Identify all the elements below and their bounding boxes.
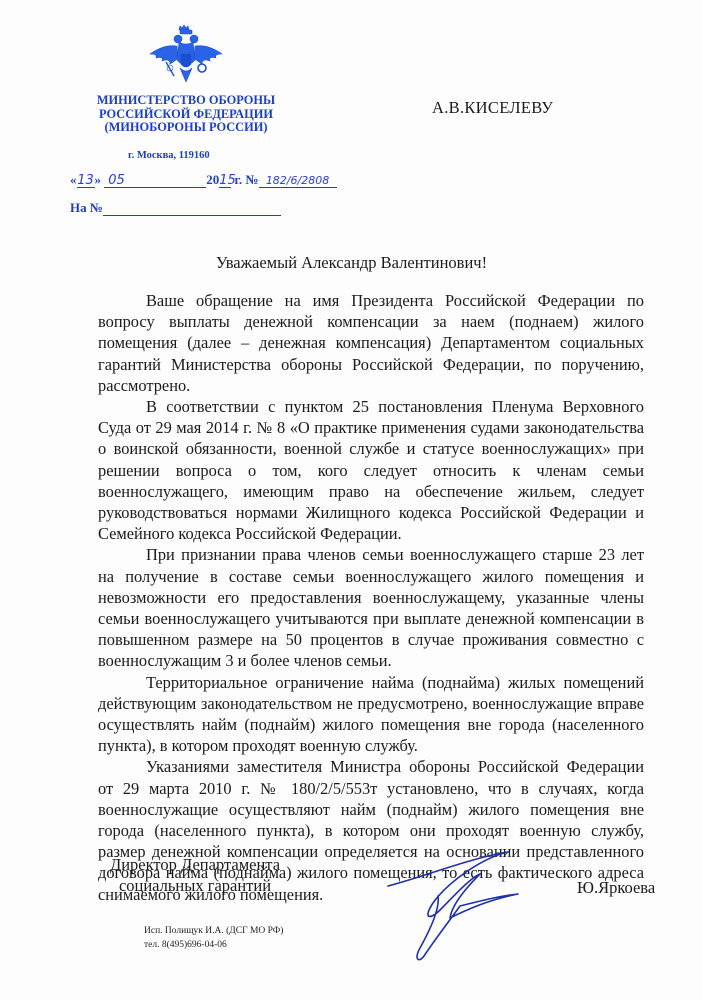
ministry-line: РОССИЙСКОЙ ФЕДЕРАЦИИ bbox=[88, 108, 284, 122]
year-label: г. bbox=[235, 172, 243, 187]
signatory-name: Ю.Яркоева bbox=[577, 878, 655, 898]
reference-blank-line bbox=[103, 203, 281, 216]
executor-phone: тел. 8(495)696-04-06 bbox=[144, 938, 283, 952]
addressee: А.В.КИСЕЛЕВУ bbox=[432, 98, 553, 118]
letter-page: МИНИСТЕРСТВО ОБОРОНЫ РОССИЙСКОЙ ФЕДЕРАЦИ… bbox=[0, 0, 703, 1000]
handwritten-signature-icon bbox=[380, 848, 580, 968]
paragraph: В соответствии с пунктом 25 постановлени… bbox=[98, 396, 644, 544]
year-prefix: 20 bbox=[206, 172, 219, 187]
signatory-title-line: социальных гарантий bbox=[100, 875, 290, 896]
number-label: № bbox=[245, 172, 258, 187]
year-suffix: 15 bbox=[219, 174, 231, 188]
signatory-title: Директор Департамента социальных гаранти… bbox=[100, 854, 290, 896]
quote-close: » bbox=[95, 172, 102, 187]
outgoing-number: 182/6/2808 bbox=[259, 174, 337, 188]
date-day: 13 bbox=[77, 174, 95, 188]
ministry-name: МИНИСТЕРСТВО ОБОРОНЫ РОССИЙСКОЙ ФЕДЕРАЦИ… bbox=[88, 94, 284, 135]
paragraph: При признании права членов семьи военнос… bbox=[98, 544, 644, 671]
paragraph: Территориальное ограничение найма (подна… bbox=[98, 672, 644, 757]
signatory-title-line: Директор Департамента bbox=[100, 854, 290, 875]
date-month: 05 bbox=[104, 174, 206, 188]
city-address: г. Москва, 119160 bbox=[128, 150, 210, 161]
reference-number: На № bbox=[70, 200, 281, 216]
reference-label: На № bbox=[70, 200, 103, 215]
letter-body: Ваше обращение на имя Президента Российс… bbox=[98, 290, 644, 905]
greeting: Уважаемый Александр Валентинович! bbox=[0, 253, 703, 273]
outgoing-date-number: «13» 052015 г. №182/6/2808 bbox=[70, 172, 337, 188]
double-headed-eagle-emblem-icon bbox=[148, 24, 224, 88]
ministry-line: МИНИСТЕРСТВО ОБОРОНЫ bbox=[88, 94, 284, 108]
executor-name: Исп. Полищук И.А. (ДСГ МО РФ) bbox=[144, 924, 283, 938]
executor-info: Исп. Полищук И.А. (ДСГ МО РФ) тел. 8(495… bbox=[144, 924, 283, 952]
paragraph: Ваше обращение на имя Президента Российс… bbox=[98, 290, 644, 396]
ministry-line: (МИНОБОРОНЫ РОССИИ) bbox=[88, 121, 284, 135]
